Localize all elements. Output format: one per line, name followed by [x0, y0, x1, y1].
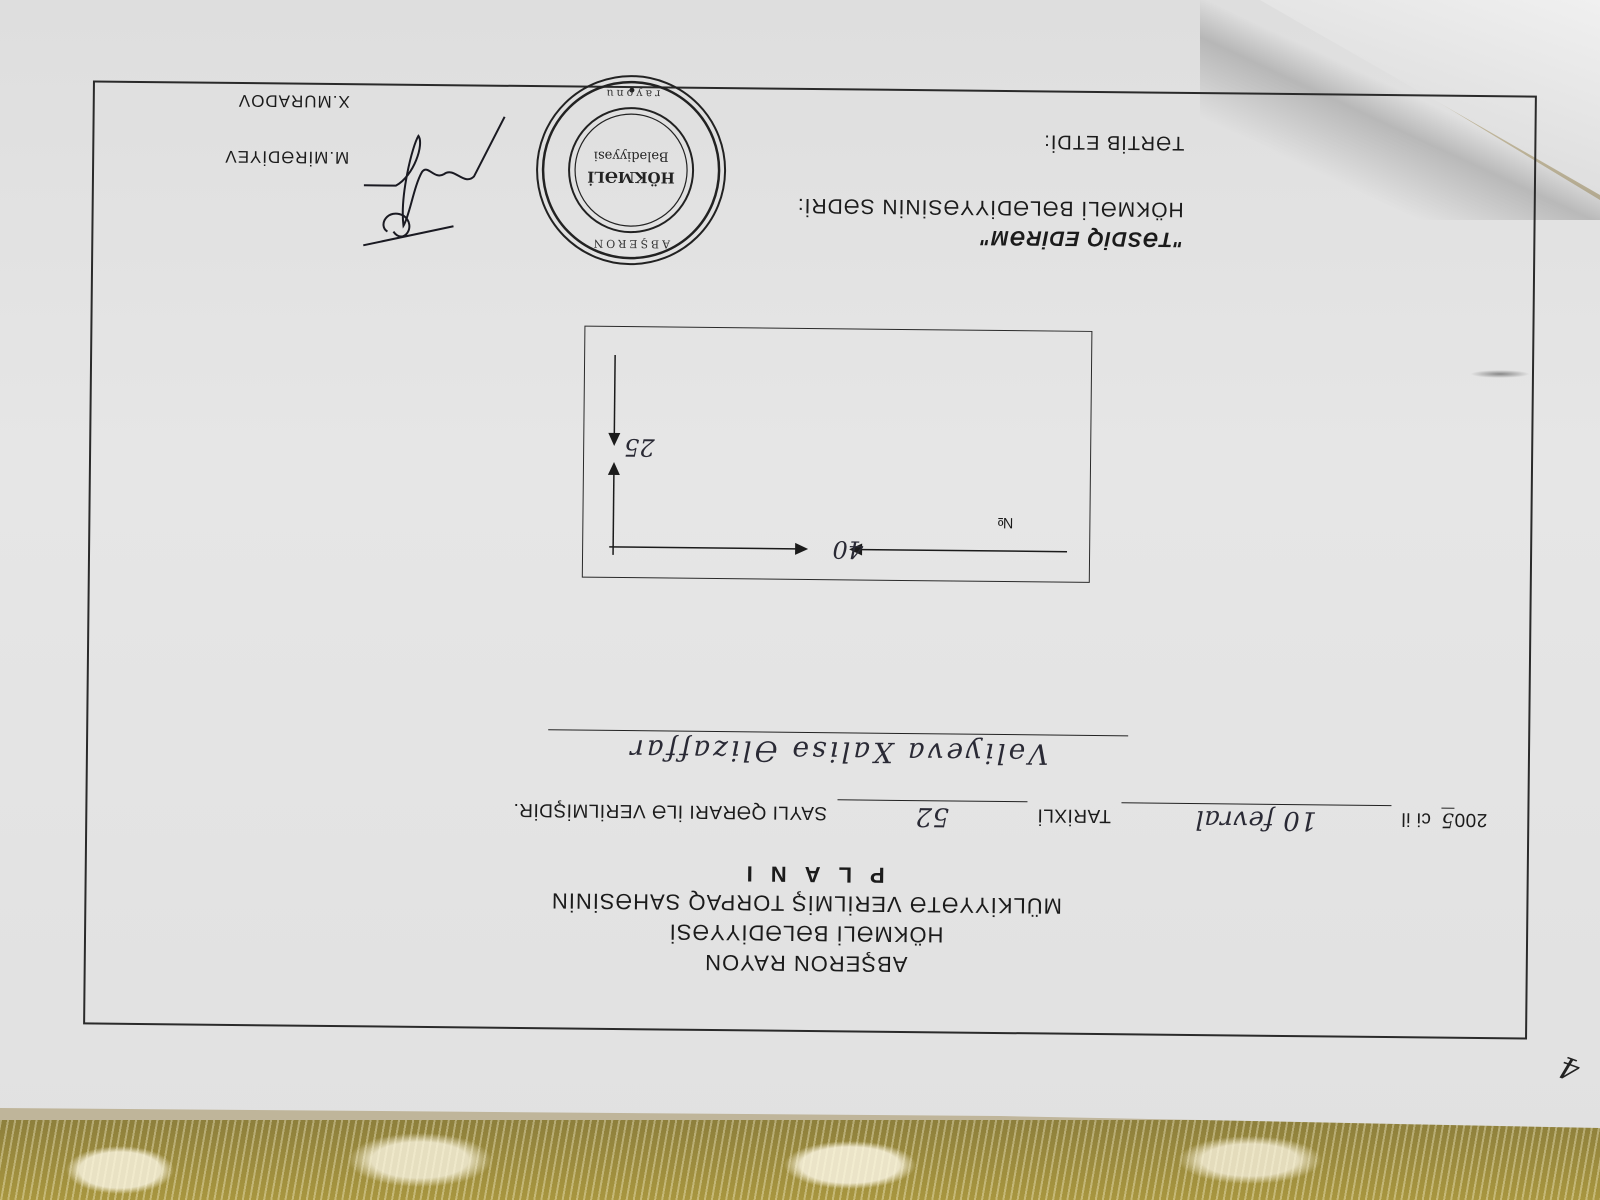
approval-block: "TƏSDİQ EDİRƏM" HÖKMƏLİ BƏLƏDİYYƏSİNİN S…	[796, 190, 1184, 254]
chairman-line: HÖKMƏLİ BƏLƏDİYYƏSİNİN SƏDRİ:	[797, 190, 1184, 224]
year-prefix: 200	[1454, 808, 1487, 830]
compiled-by: TƏRTİB ETDİ:	[1043, 129, 1184, 153]
decree-date: 10 fevral	[1121, 802, 1391, 836]
owner-name: Vəliyeva Xalisə Əlizaffar	[548, 729, 1128, 771]
date-label: TARİXLİ	[1037, 803, 1111, 826]
svg-text:Bələdiyyəsi: Bələdiyyəsi	[594, 148, 669, 164]
svg-text:ABŞERON: ABŞERON	[590, 237, 671, 251]
signer-compiler: X.MURADOV	[225, 72, 350, 129]
signers-list: M.MİRƏDİYEV X.MURADOV	[224, 72, 350, 185]
svg-text:HÖKMƏLİ: HÖKMƏLİ	[587, 168, 675, 188]
municipality-stamp: HÖKMƏLİ Bələdiyyəsi ABŞERON rayonu	[532, 71, 730, 269]
land-plot-certificate: ABŞERON RAYON HÖKMƏLİ BƏLƏDİYYƏSİ MÜLKİY…	[83, 80, 1537, 1039]
plot-width: 40	[832, 535, 863, 563]
decree-line: 2005 ci il 10 fevral TARİXLİ 52 SAYLI QƏ…	[47, 791, 1527, 837]
tablecloth	[0, 1120, 1600, 1200]
plot-diagram: № 40 25	[582, 326, 1093, 583]
plot-number-label: №	[997, 514, 1013, 531]
decree-number: 52	[837, 799, 1027, 832]
year-suffix: ci il	[1401, 807, 1431, 829]
plot-height: 25	[624, 433, 655, 461]
year-digit: 5	[1441, 808, 1454, 833]
document-header: ABŞERON RAYON HÖKMƏLİ BƏLƏDİYYƏSİ MÜLKİY…	[86, 852, 1527, 985]
approval-title: "TƏSDİQ EDİRƏM"	[796, 220, 1183, 254]
signature	[343, 105, 515, 257]
svg-text:rayonu: rayonu	[603, 87, 660, 101]
signer-chairman: M.MİRƏDİYEV	[224, 128, 349, 185]
decree-number-label: SAYLI QƏRARI İLƏ VERİLMİŞDİR.	[513, 798, 827, 823]
